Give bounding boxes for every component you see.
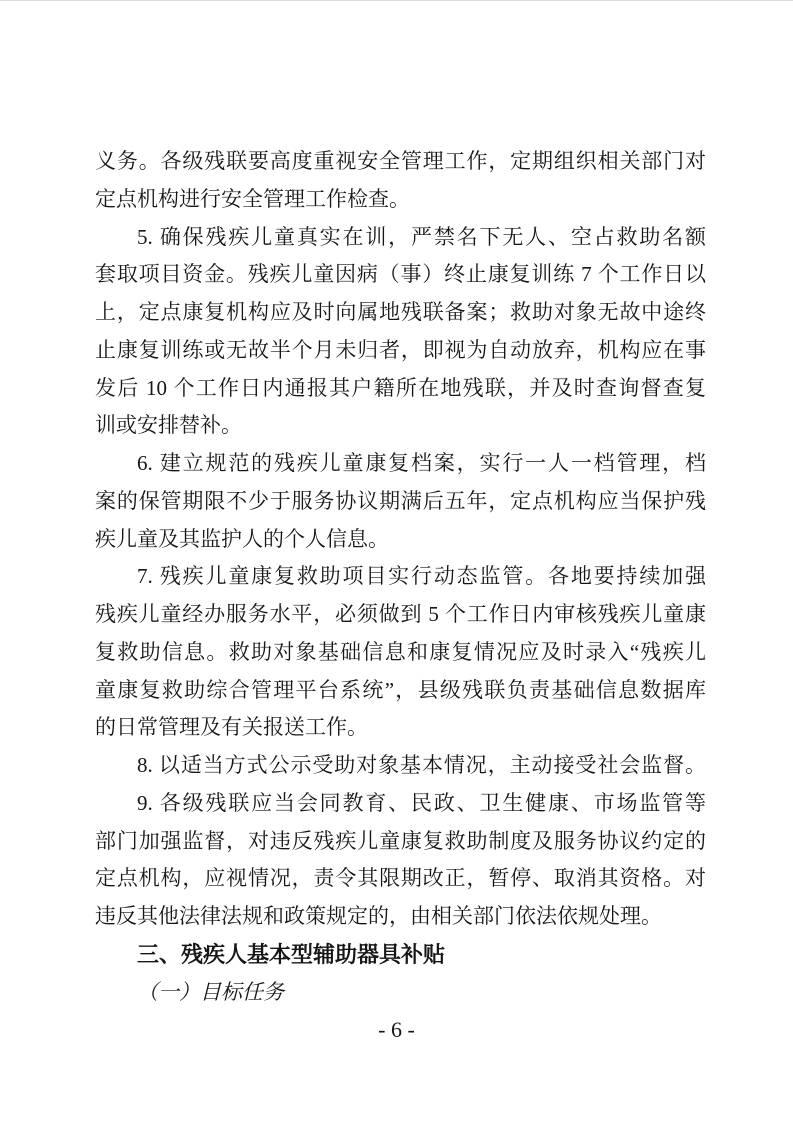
page-number: - 6 - <box>378 1017 415 1042</box>
text-line: 发后 10 个工作日内通报其户籍所在地残联，并及时查询督查复 <box>95 370 706 408</box>
text-line: 8. 以适当方式公示受助对象基本情况，主动接受社会监督。 <box>95 747 706 785</box>
text-line: 义务。各级残联要高度重视安全管理工作，定期组织相关部门对 <box>95 143 706 181</box>
text-line: 上，定点康复机构应及时向属地残联备案；救助对象无故中途终 <box>95 294 706 332</box>
text-line: 止康复训练或无故半个月未归者，即视为自动放弃，机构应在事 <box>95 332 706 370</box>
text-line: 套取项目资金。残疾儿童因病（事）终止康复训练 7 个工作日以 <box>95 256 706 294</box>
text-line: 童康复救助综合管理平台系统”，县级残联负责基础信息数据库 <box>95 672 706 710</box>
text-line: 案的保管期限不少于服务协议期满后五年，定点机构应当保护残 <box>95 483 706 521</box>
text-line: 复救助信息。救助对象基础信息和康复情况应及时录入“残疾儿 <box>95 634 706 672</box>
section-heading: 三、残疾人基本型辅助器具补贴 <box>95 936 706 974</box>
text-line: 疾儿童及其监护人的个人信息。 <box>95 521 706 559</box>
text-line: 违反其他法律法规和政策规定的，由相关部门依法依规处理。 <box>95 898 706 936</box>
text-line: 残疾儿童经办服务水平，必须做到 5 个工作日内审核残疾儿童康 <box>95 596 706 634</box>
text-line: 6. 建立规范的残疾儿童康复档案，实行一人一档管理，档 <box>95 445 706 483</box>
subsection-heading: （一）目标任务 <box>95 974 706 1012</box>
text-line: 7. 残疾儿童康复救助项目实行动态监管。各地要持续加强 <box>95 558 706 596</box>
text-line: 部门加强监督，对违反残疾儿童康复救助制度及服务协议约定的 <box>95 823 706 861</box>
text-line: 5. 确保残疾儿童真实在训，严禁名下无人、空占救助名额 <box>95 219 706 257</box>
document-body: 义务。各级残联要高度重视安全管理工作，定期组织相关部门对定点机构进行安全管理工作… <box>95 143 706 1011</box>
text-line: 定点机构，应视情况，责令其限期改正，暂停、取消其资格。对 <box>95 860 706 898</box>
text-line: 训或安排替补。 <box>95 407 706 445</box>
text-line: 的日常管理及有关报送工作。 <box>95 709 706 747</box>
text-line: 9. 各级残联应当会同教育、民政、卫生健康、市场监管等 <box>95 785 706 823</box>
text-line: 定点机构进行安全管理工作检查。 <box>95 181 706 219</box>
document-page: 义务。各级残联要高度重视安全管理工作，定期组织相关部门对定点机构进行安全管理工作… <box>0 0 793 1122</box>
page-footer: - 6 - <box>0 1017 793 1043</box>
